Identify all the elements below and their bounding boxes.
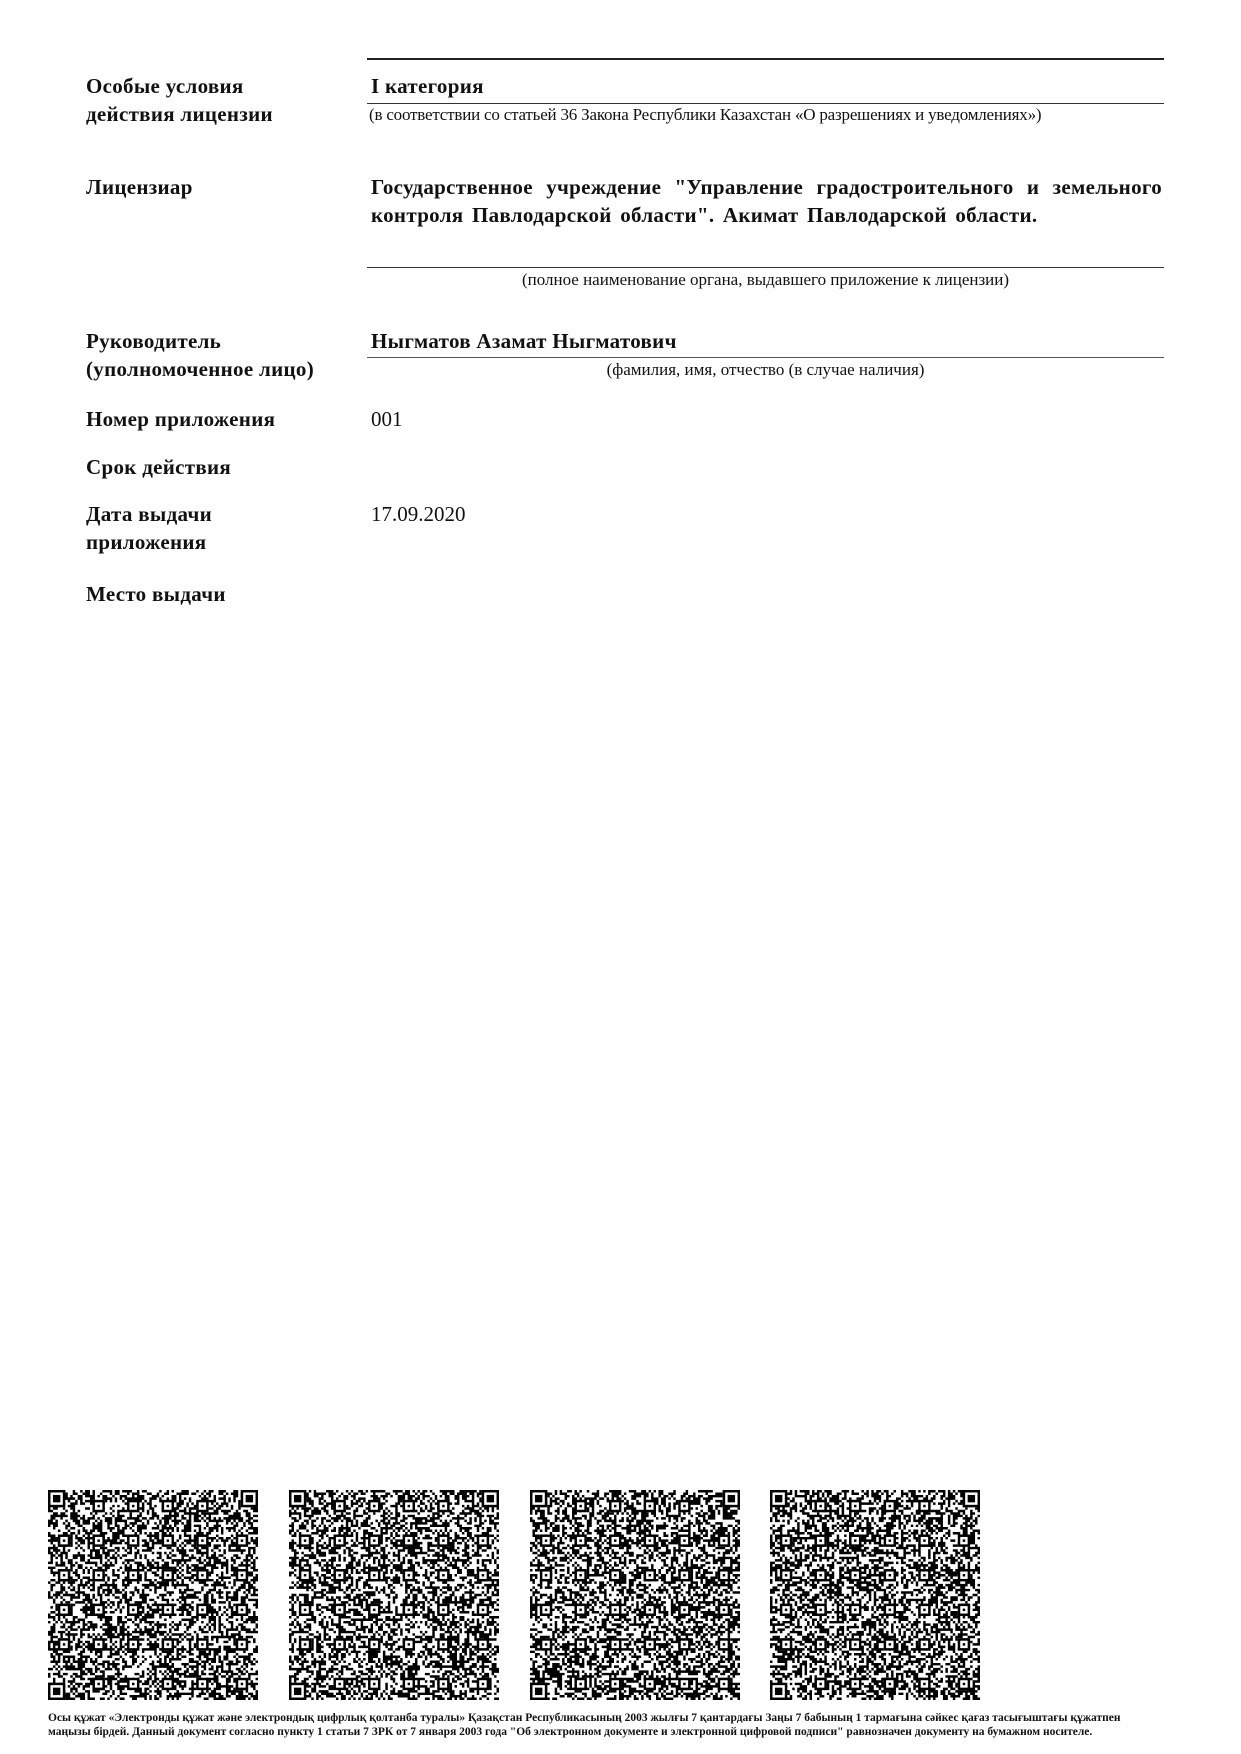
head-label: Руководитель (уполномоченное лицо) (86, 327, 314, 383)
qr-code-1 (48, 1490, 258, 1700)
qr-code-4 (770, 1490, 980, 1700)
head-caption: (фамилия, имя, отчество (в случае наличи… (367, 359, 1164, 381)
head-rule (367, 357, 1164, 358)
special-conditions-caption: (в соответствии со статьей 36 Закона Рес… (369, 104, 1169, 126)
qr-code-2 (289, 1490, 499, 1700)
licensor-rule (367, 267, 1164, 268)
issue-date-label: Дата выдачи приложения (86, 500, 212, 556)
licensor-value: Государственное учреждение "Управление г… (371, 173, 1162, 229)
issue-date-value: 17.09.2020 (371, 500, 466, 528)
licensor-label: Лицензиар (86, 173, 193, 201)
top-rule (367, 58, 1164, 60)
qr-code-3 (530, 1490, 740, 1700)
special-conditions-value: I категория (371, 72, 484, 100)
appendix-number-label: Номер приложения (86, 405, 275, 433)
appendix-number-value: 001 (371, 405, 403, 433)
head-value: Ныгматов Азамат Ныгматович (371, 327, 677, 355)
legal-footer-line1: Осы құжат «Электронды құжат және электро… (48, 1711, 1218, 1725)
special-conditions-label: Особые условия действия лицензии (86, 72, 273, 128)
issue-place-label: Место выдачи (86, 580, 226, 608)
licensor-caption: (полное наименование органа, выдавшего п… (367, 269, 1164, 291)
legal-footer: Осы құжат «Электронды құжат және электро… (48, 1711, 1218, 1739)
validity-label: Срок действия (86, 453, 231, 481)
legal-footer-line2: маңызы бірдей. Данный документ согласно … (48, 1725, 1218, 1739)
